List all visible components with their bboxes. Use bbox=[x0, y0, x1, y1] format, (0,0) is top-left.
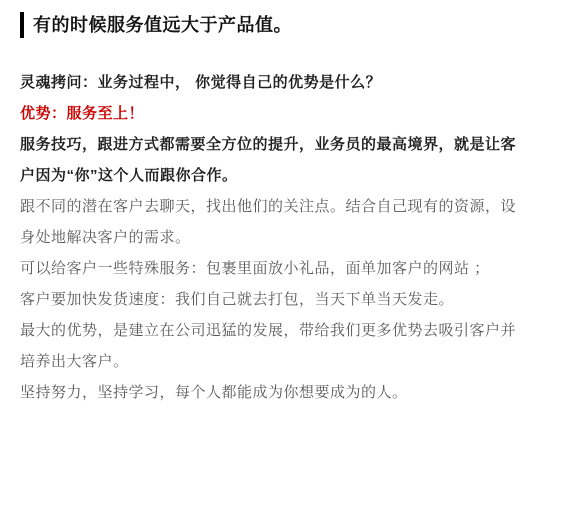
article-body: 有的时候服务值远大于产品值。 灵魂拷问：业务过程中， 你觉得自己的优势是什么？ … bbox=[0, 0, 565, 529]
paragraph-special-service: 可以给客户一些特殊服务：包裹里面放小礼品，面单加客户的网站 ； 客户要加快发货速… bbox=[20, 253, 520, 315]
article-title: 有的时候服务值远大于产品值。 bbox=[20, 12, 520, 38]
paragraph-keep-learning: 坚持努力，坚持学习，每个人都能成为你想要成为的人。 bbox=[20, 377, 520, 408]
paragraph-customer-chat: 跟不同的潜在客户去聊天，找出他们的关注点。结合自己现有的资源，设身处地解决客户的… bbox=[20, 191, 520, 253]
paragraph-advantage-highlight: 优势：服务至上！ bbox=[20, 98, 520, 129]
paragraph-service-skills: 服务技巧，跟进方式都需要全方位的提升，业务员的最高境界，就是让客户因为“你”这个… bbox=[20, 129, 520, 191]
paragraph-soul-question: 灵魂拷问：业务过程中， 你觉得自己的优势是什么？ bbox=[20, 67, 520, 98]
paragraph-biggest-advantage: 最大的优势，是建立在公司迅猛的发展，带给我们更多优势去吸引客户并培养出大客户。 bbox=[20, 315, 520, 377]
